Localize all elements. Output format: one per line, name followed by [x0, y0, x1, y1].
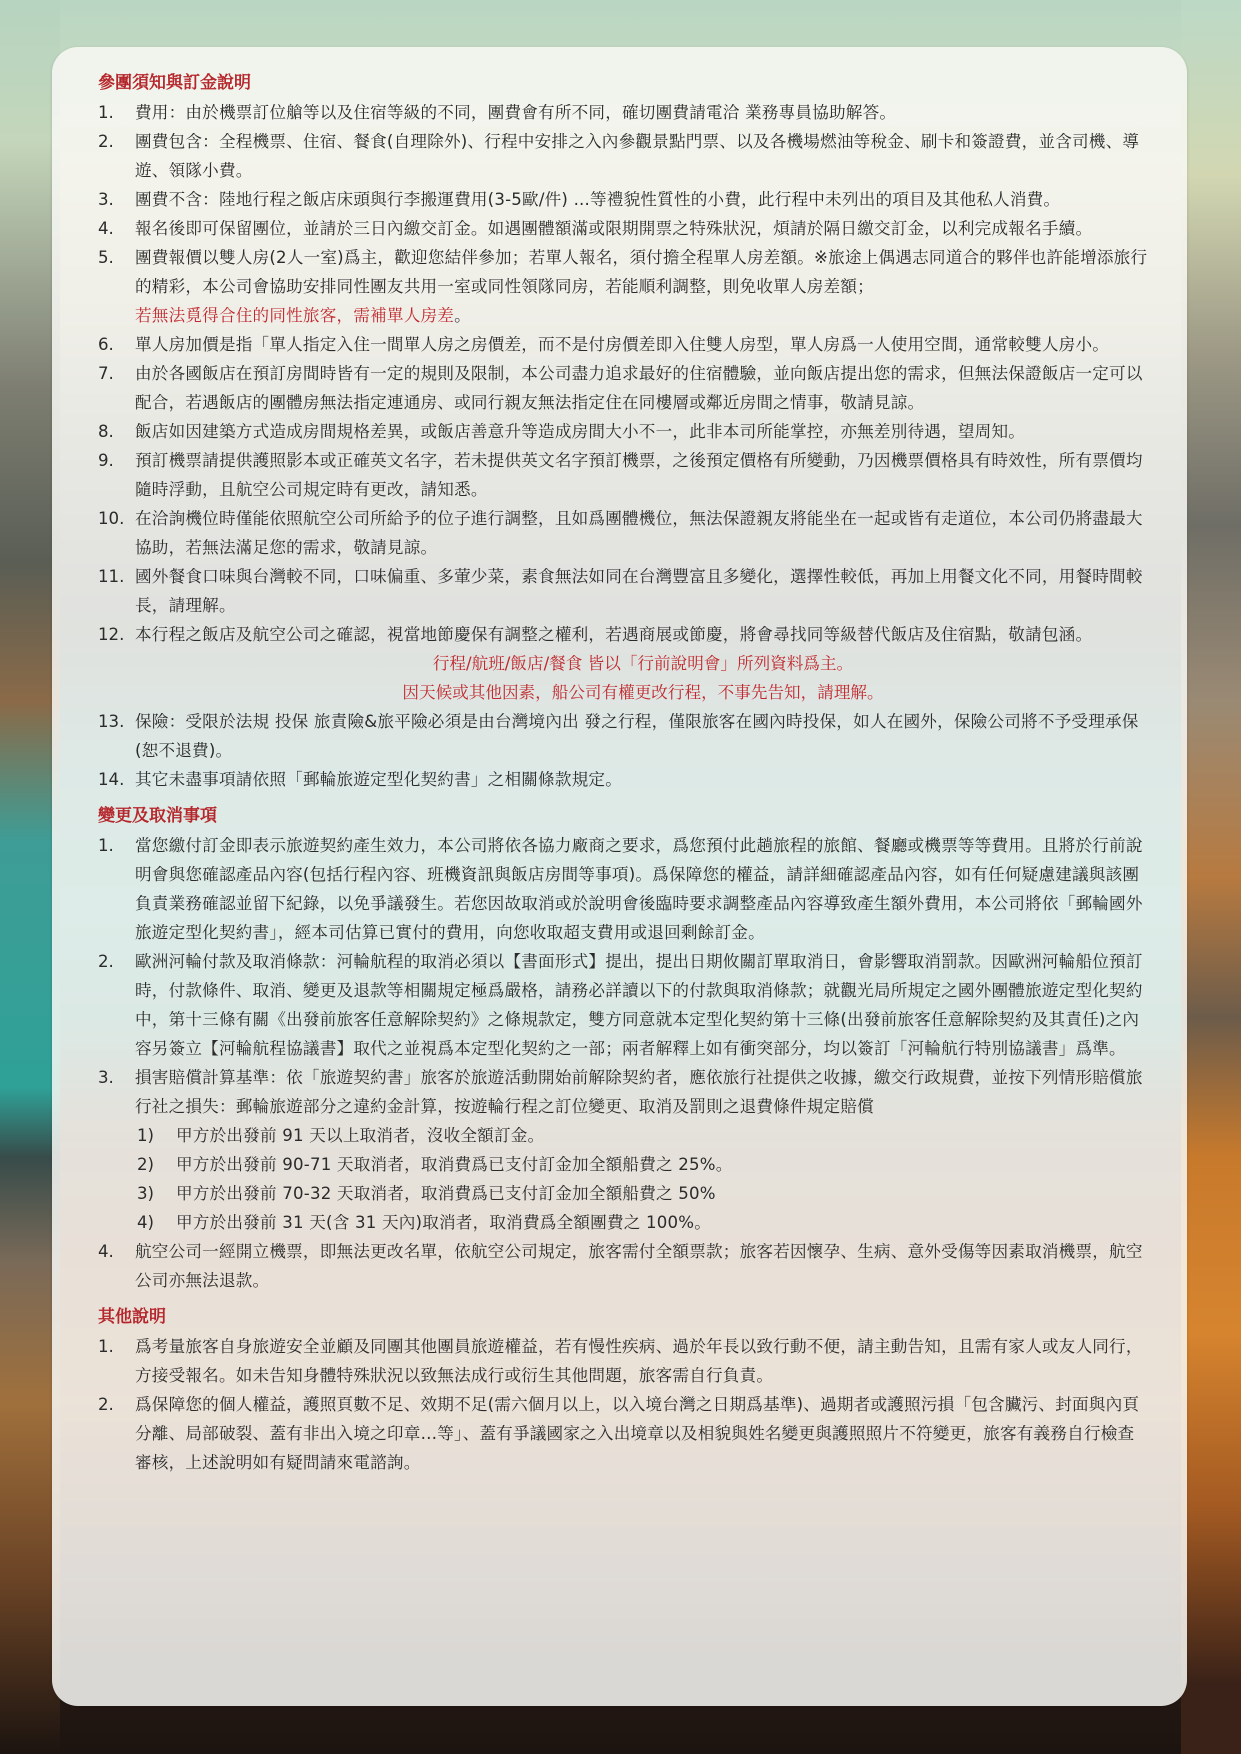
list-item: 12.本行程之飯店及航空公司之確認，視當地節慶保有調整之權利，若遇商展或節慶，將…: [98, 620, 1148, 649]
list-item: 1.費用：由於機票訂位艙等以及住宿等級的不同，團費會有所不同，確切團費請電洽 業…: [98, 98, 1148, 127]
list-item: 13.保險：受限於法規 投保 旅責險&旅平險必須是由台灣境內出 發之行程，僅限旅…: [98, 707, 1148, 765]
list-item: 1.當您繳付訂金即表示旅遊契約產生效力，本公司將依各協力廠商之要求，爲您預付此趟…: [98, 831, 1148, 947]
sub-list-item: 4)甲方於出發前 31 天(含 31 天內)取消者，取消費爲全額團費之 100%…: [137, 1208, 1148, 1237]
list-item: 3.損害賠償計算基準：依「旅遊契約書」旅客於旅遊活動開始前解除契約者，應依旅行社…: [98, 1063, 1148, 1121]
list-item: 7.由於各國飯店在預訂房間時皆有一定的規則及限制，本公司盡力追求最好的住宿體驗，…: [98, 359, 1148, 417]
list-item: 4.報名後即可保留團位，並請於三日內繳交訂金。如遇團體額滿或限期開票之特殊狀況，…: [98, 214, 1148, 243]
list-item: 2.歐洲河輪付款及取消條款：河輪航程的取消必須以【書面形式】提出，提出日期攸關訂…: [98, 947, 1148, 1063]
list-item: 2.團費包含：全程機票、住宿、餐食(自理除外)、行程中安排之入內參觀景點門票、以…: [98, 127, 1148, 185]
background-photo-right: [1181, 0, 1241, 1754]
highlight-text: 若無法覓得合住的同性旅客，需補單人房差: [135, 306, 454, 325]
weather-note: 因天候或其他因素，船公司有權更改行程，不事先告知，請理解。: [98, 678, 1148, 707]
list-item: 11.國外餐食口味與台灣較不同，口味偏重、多葷少菜，素食無法如同在台灣豐富且多變…: [98, 562, 1148, 620]
section-heading-other-notes: 其他說明: [98, 1302, 1148, 1332]
section-heading-booking-notice: 參團須知與訂金說明: [98, 68, 1148, 98]
document-content: 參團須知與訂金說明 1.費用：由於機票訂位艙等以及住宿等級的不同，團費會有所不同…: [98, 68, 1148, 1477]
background-photo-left: [0, 0, 60, 1754]
itinerary-note: 行程/航班/飯店/餐食 皆以「行前說明會」所列資料爲主。: [98, 649, 1148, 678]
list-item: 8.飯店如因建築方式造成房間規格差異，或飯店善意升等造成房間大小不一，此非本司所…: [98, 417, 1148, 446]
list-item: 6.單人房加價是指「單人指定入住一間單人房之房價差，而不是付房價差即入住雙人房型…: [98, 330, 1148, 359]
section-heading-changes-cancellation: 變更及取消事項: [98, 801, 1148, 831]
list-item: 1.爲考量旅客自身旅遊安全並顧及同團其他團員旅遊權益，若有慢性疾病、過於年長以致…: [98, 1332, 1148, 1390]
sub-list-item: 1)甲方於出發前 91 天以上取消者，沒收全額訂金。: [137, 1121, 1148, 1150]
list-item: 3.團費不含：陸地行程之飯店床頭與行李搬運費用(3-5歐/件) ...等禮貌性質…: [98, 185, 1148, 214]
sub-list-item: 3)甲方於出發前 70-32 天取消者，取消費爲已支付訂金加全額船費之 50%: [137, 1179, 1148, 1208]
list-item: 4.航空公司一經開立機票，即無法更改名單，依航空公司規定，旅客需付全額票款；旅客…: [98, 1237, 1148, 1295]
list-item: 14.其它未盡事項請依照「郵輪旅遊定型化契約書」之相關條款規定。: [98, 765, 1148, 794]
sub-list-item: 2)甲方於出發前 90-71 天取消者，取消費爲已支付訂金加全額船費之 25%。: [137, 1150, 1148, 1179]
list-item: 2.爲保障您的個人權益，護照頁數不足、效期不足(需六個月以上，以入境台灣之日期爲…: [98, 1390, 1148, 1477]
list-item: 9.預訂機票請提供護照影本或正確英文名字，若未提供英文名字預訂機票，之後預定價格…: [98, 446, 1148, 504]
list-item: 5.團費報價以雙人房(2人一室)爲主，歡迎您結伴參加；若單人報名，須付擔全程單人…: [98, 243, 1148, 330]
list-item: 10.在洽詢機位時僅能依照航空公司所給予的位子進行調整，且如爲團體機位，無法保證…: [98, 504, 1148, 562]
